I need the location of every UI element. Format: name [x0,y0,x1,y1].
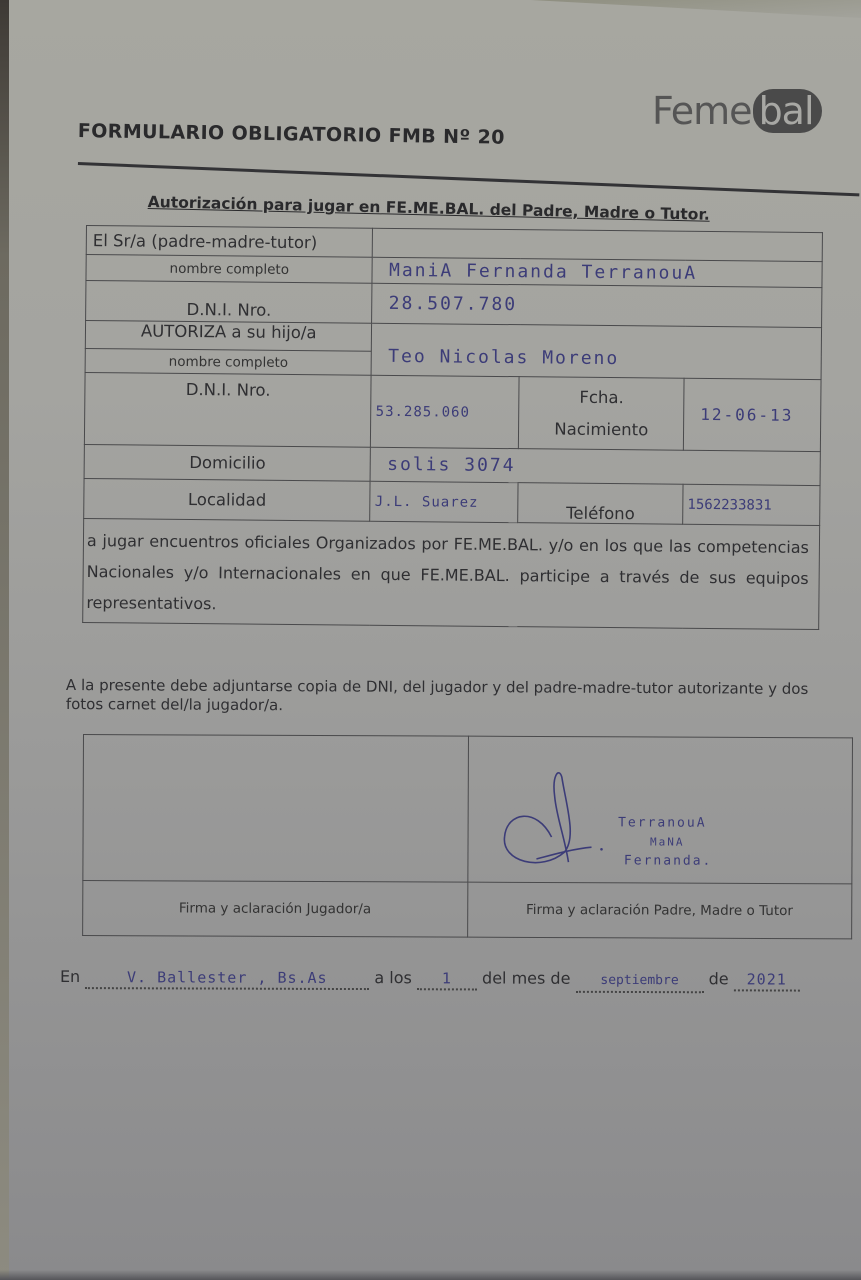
guardian-signature-box[interactable]: TerranouA MaNA Fernanda. [467,736,852,884]
child-dni-label: D.N.I. Nro. [84,372,371,447]
place-date-line: En V. Ballester , Bs.As a los 1 del mes … [60,967,800,994]
photo-edge-top [531,0,861,18]
photo-edge-left [0,0,9,1280]
clarification-line: Fernanda. [618,851,713,870]
month-label: del mes de [482,968,570,987]
child-label: AUTORIZA a su hijo/a [85,321,372,352]
title-divider [78,162,859,196]
month-field[interactable]: septiembre [575,971,703,993]
femebal-logo: Femebal [652,89,822,133]
birth-date-label: Fcha.Nacimiento [519,377,684,451]
child-dni-field[interactable]: 53.285.060 [371,375,520,448]
signature-table: TerranouA MaNA Fernanda. Firma y aclarac… [82,734,853,939]
guardian-signature-caption: Firma y aclaración Padre, Madre o Tutor [467,882,852,939]
authorization-heading: Autorización para jugar en FE.ME.BAL. de… [148,193,710,224]
locality-field[interactable]: J.L. Suarez [370,481,518,522]
address-label: Domicilio [84,444,371,481]
guardian-name-field-top[interactable] [373,228,823,261]
child-name-field[interactable]: Teo Nicolas Moreno [372,323,822,379]
phone-field[interactable]: 1562233831 [683,484,820,525]
address-field[interactable]: solis 3074 [371,447,821,485]
place-prefix: En [60,967,80,986]
birth-label-line1: Fcha. [520,381,684,415]
guardian-dni-label: D.N.I. Nro. [86,281,373,324]
logo-badge: bal [753,89,822,133]
attachment-note: A la presente debe adjuntarse copia de D… [66,676,826,718]
phone-label: Teléfono [518,483,683,525]
locality-label: Localidad [84,478,371,521]
place-field[interactable]: V. Ballester , Bs.As [85,967,369,990]
days-label: a los [374,968,412,987]
guardian-clarification: TerranouA MaNA Fernanda. [618,813,713,870]
clarification-line: MaNA [618,832,713,851]
year-label: de [709,969,729,988]
player-signature-caption: Firma y aclaración Jugador/a [83,881,468,938]
photo-edge-bottom [0,1270,861,1280]
guardian-dni-field[interactable]: 28.507.780 [372,283,822,327]
guardian-name-label: nombre completo [86,255,373,284]
logo-text: Feme [652,89,752,133]
authorization-table: El Sr/a (padre-madre-tutor) nombre compl… [82,225,823,630]
clarification-line: TerranouA [618,813,713,832]
year-field[interactable]: 2021 [734,969,800,991]
form-title: FORMULARIO OBLIGATORIO FMB Nº 20 [78,120,505,149]
guardian-label: El Sr/a (padre-madre-tutor) [86,226,373,258]
birth-label-line2: Nacimiento [519,413,683,447]
birth-date-field[interactable]: 12-06-13 [683,378,821,451]
child-name-label: nombre completo [85,348,372,375]
signature-scribble-icon [496,767,606,877]
player-signature-box[interactable] [83,735,468,883]
authorization-text: a jugar encuentros oficiales Organizados… [83,518,820,629]
day-field[interactable]: 1 [417,968,477,990]
